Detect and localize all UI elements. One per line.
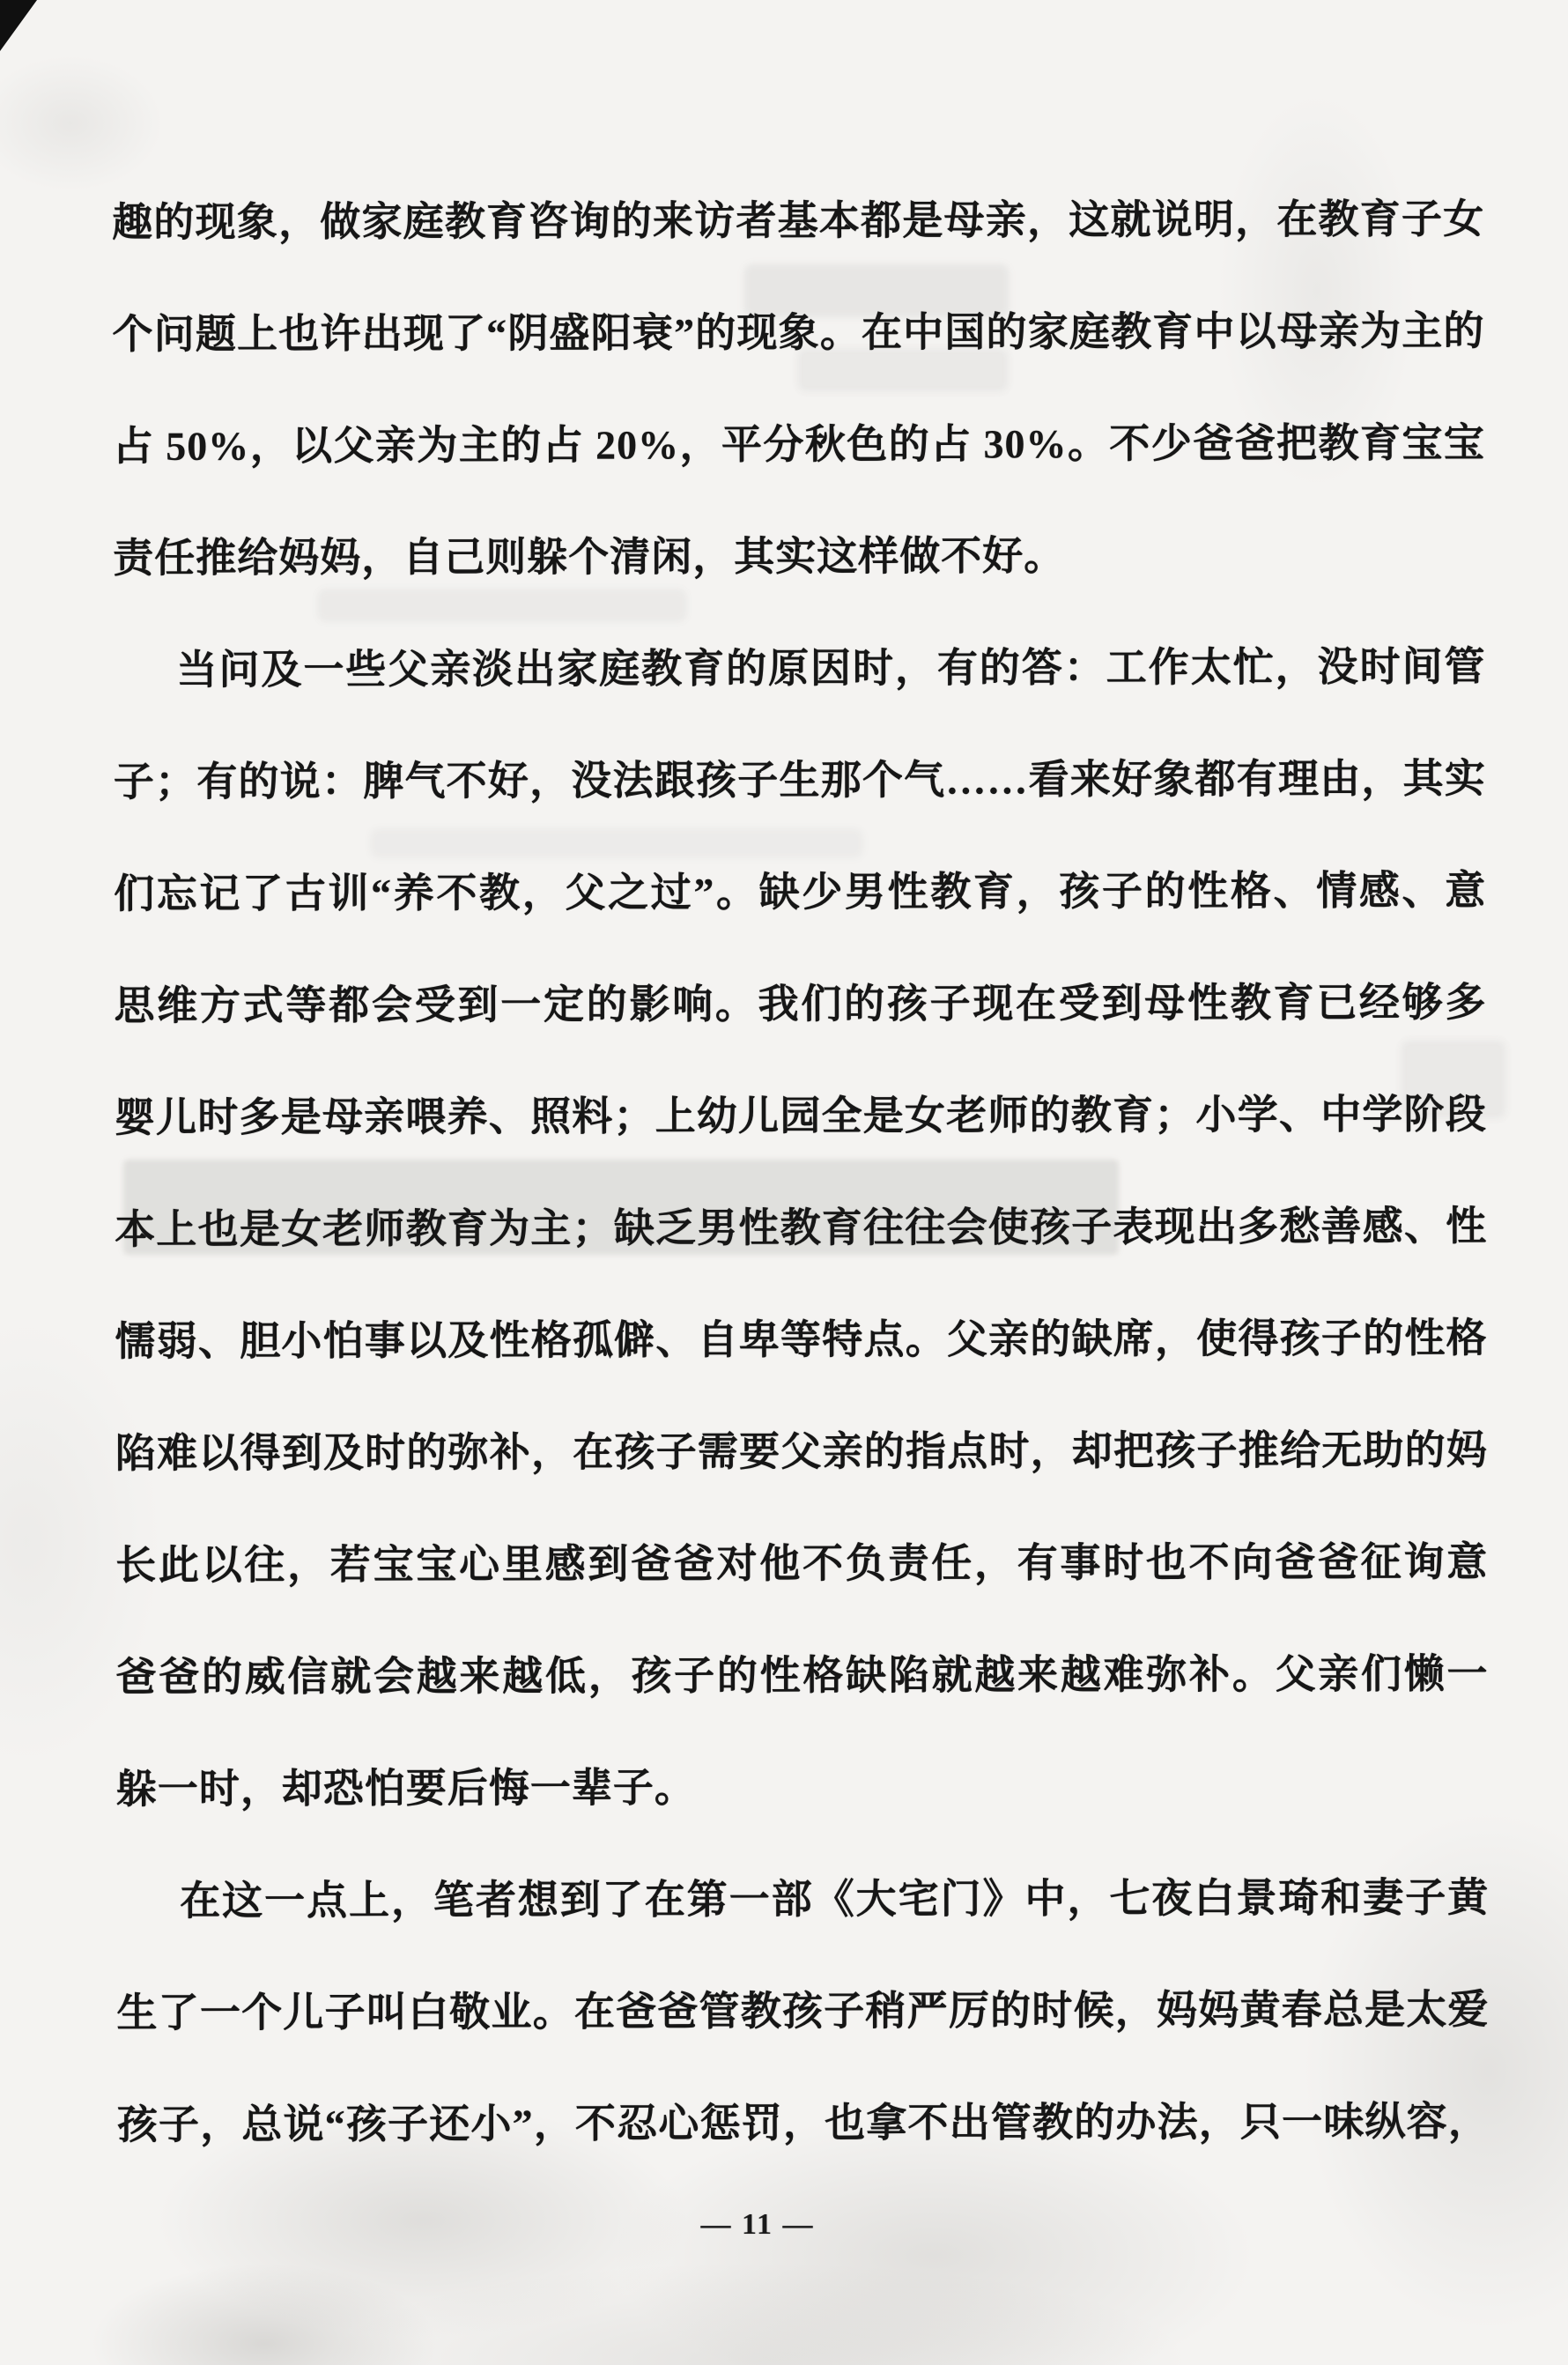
text-line: 们忘记了古训“养不教，父之过”。缺少男性教育，孩子的性格、情感、意志、 [114,834,1486,950]
text-line: 长此以往，若宝宝心里感到爸爸对他不负责任，有事时也不向爸爸征询意见， [115,1506,1488,1621]
text-line: 当问及一些父亲淡出家庭教育的原因时，有的答：工作太忙，没时间管孩 [113,611,1485,726]
scanned-document-page: 趣的现象，做家庭教育咨询的来访者基本都是母亲，这就说明，在教育子女这个问题上也许… [0,0,1568,2365]
text-line: 趣的现象，做家庭教育咨询的来访者基本都是母亲，这就说明，在教育子女这 [112,163,1484,278]
text-line: 婴儿时多是母亲喂养、照料；上幼儿园全是女老师的教育；小学、中学阶段基 [115,1058,1487,1174]
body-text: 趣的现象，做家庭教育咨询的来访者基本都是母亲，这就说明，在教育子女这个问题上也许… [112,163,1490,2181]
text-line: 爸爸的威信就会越来越低，孩子的性格缺陷就越来越难弥补。父亲们懒一时， [115,1618,1488,1733]
text-line: 孩子，总说“孩子还小”，不忍心惩罚，也拿不出管教的办法，只一味纵容， [117,2065,1490,2181]
page-number: — 11 — [0,2208,1515,2242]
text-line: 思维方式等都会受到一定的影响。我们的孩子现在受到母性教育已经够多了， [114,946,1486,1062]
page-corner-fold-mark [0,0,37,51]
text-line: 本上也是女老师教育为主；缺乏男性教育往往会使孩子表现出多愁善感、性格 [115,1170,1487,1286]
text-line: 在这一点上，笔者想到了在第一部《大宅门》中，七夜白景琦和妻子黄春 [116,1842,1489,1957]
text-line: 占 50%，以父亲为主的占 20%，平分秋色的占 30%。不少爸爸把教育宝宝的 [113,387,1485,502]
text-line: 陷难以得到及时的弥补，在孩子需要父亲的指点时，却把孩子推给无助的妈妈。 [115,1394,1488,1509]
text-line: 子；有的说：脾气不好，没法跟孩子生那个气……看来好象都有理由，其实他 [114,723,1486,838]
text-line: 懦弱、胆小怕事以及性格孤僻、自卑等特点。父亲的缺席，使得孩子的性格缺 [115,1282,1487,1397]
text-line: 躲一时，却恐怕要后悔一辈子。 [116,1730,1489,1845]
text-line: 生了一个儿子叫白敬业。在爸爸管教孩子稍严厉的时候，妈妈黄春总是太爱护 [116,1954,1489,2069]
text-line: 个问题上也许出现了“阴盛阳衰”的现象。在中国的家庭教育中以母亲为主的 [112,275,1484,390]
text-line: 责任推给妈妈，自己则躲个清闲，其实这样做不好。 [113,499,1485,614]
